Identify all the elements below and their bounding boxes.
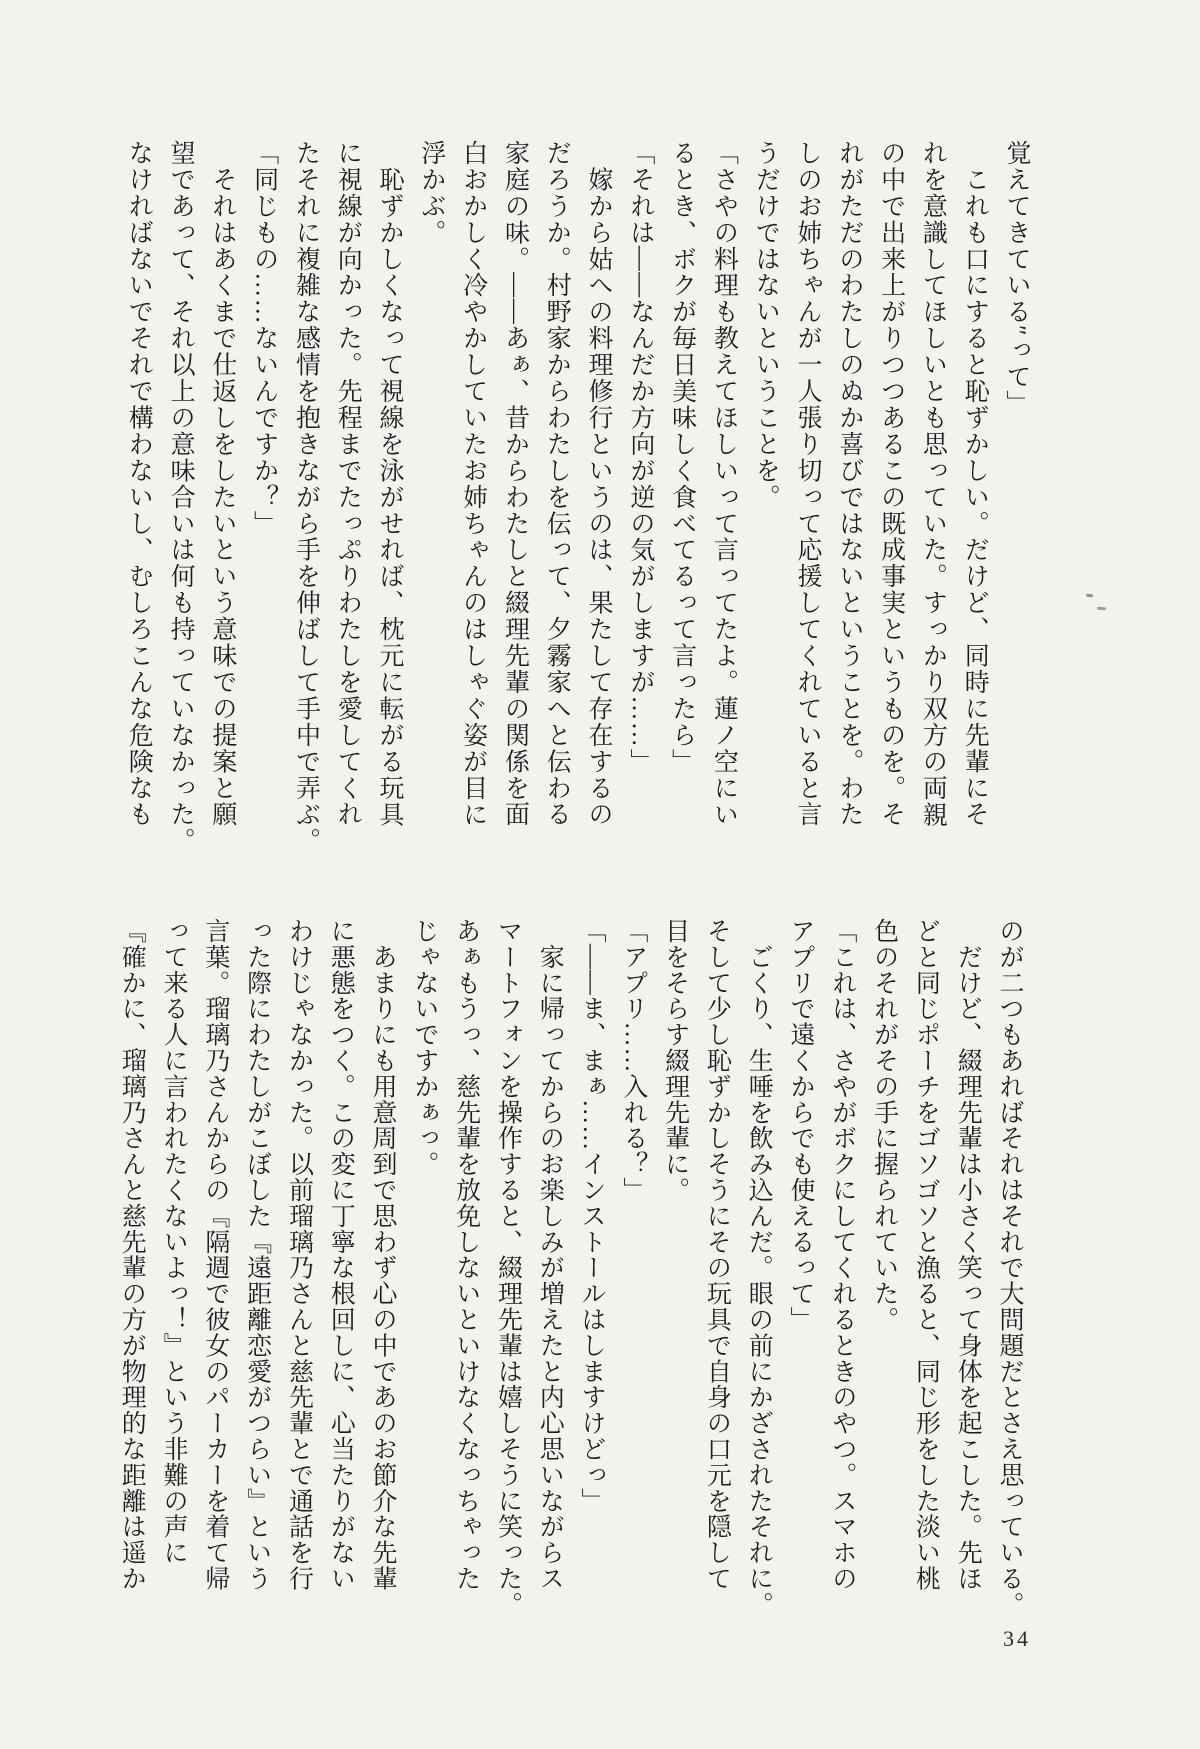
text-block-bottom: のが二つもあればそれはそれで大問題だとさえ思っている。 だけど、綴理先輩は小さく… (110, 918, 1030, 1591)
text-line: 白おかしく冷やかしていたお姉ちゃんのはしゃぐ姿が目に (452, 140, 494, 828)
text-line: 家庭の味。――あぁ、昔からわたしと綴理先輩の関係を面 (494, 140, 536, 828)
text-line: ごくり、生唾を飲み込んだ。眼の前にかざされたそれに。 (737, 918, 779, 1591)
text-line: マートフォンを操作すると、綴理先輩は嬉しそうに笑った。 (487, 918, 529, 1591)
text-line: 浮かぶ。 (410, 140, 452, 828)
text-line: 「同じもの……ないんですか？」 (243, 140, 285, 828)
text-line: たそれに複雑な感情を抱きながら手を伸ばして手中で弄ぶ。 (285, 140, 327, 828)
text-line: 「――ま、まぁ……インストールはしますけどっ」 (570, 918, 612, 1591)
text-line: 望であって、それ以上の意味合いは何も持っていなかった。 (159, 140, 201, 828)
text-line: 「それは――なんだか方向が逆の気がしますが……」 (619, 140, 661, 828)
text-line: 覚えてきている″って」 (995, 140, 1037, 828)
text-line: だけど、綴理先輩は小さく笑って身体を起こした。先ほ (946, 918, 988, 1591)
text-line: そして少し恥ずかしそうにその玩具で自身の口元を隠して (696, 918, 738, 1591)
text-line: のが二つもあればそれはそれで大問題だとさえ思っている。 (988, 918, 1030, 1591)
text-line: 「これは、さやがボクにしてくれるときのやつ。スマホの (821, 918, 863, 1591)
text-line: じゃないですかぁっ。 (403, 918, 445, 1591)
text-line: アプリで遠くからでも使えるって」 (779, 918, 821, 1591)
text-line: 恥ずかしくなって視線を泳がせれば、枕元に転がる玩具 (368, 140, 410, 828)
print-speck (1086, 594, 1093, 598)
text-line: なければないでそれで構わないし、むしろこんな危険なも (117, 140, 159, 828)
text-line: った際にわたしがこぼした『遠距離恋愛がつらい』という (236, 918, 278, 1591)
page-number: 34 (1003, 1626, 1031, 1652)
text-line: に悪態をつく。この変に丁寧な根回しに、心当たりがない (319, 918, 361, 1591)
text-line: 家に帰ってからのお楽しみが増えたと内心思いながらス (528, 918, 570, 1591)
text-line: れを意識してほしいとも思っていた。すっかり双方の両親 (912, 140, 954, 828)
text-line: どと同じポーチをゴソゴソと漁ると、同じ形をした淡い桃 (905, 918, 947, 1591)
text-line: の中で出来上がりつつあるこの既成事実というものを。そ (870, 140, 912, 828)
text-line: あぁもうっ、慈先輩を放免しないといけなくなっちゃった (445, 918, 487, 1591)
text-line: るとき、ボクが毎日美味しく食べてるって言ったら」 (661, 140, 703, 828)
text-line: だろうか。村野家からわたしを伝って、夕霧家へと伝わる (535, 140, 577, 828)
text-line: それはあくまで仕返しをしたいという意味での提案と願 (201, 140, 243, 828)
text-line: あまりにも用意周到で思わず心の中であのお節介な先輩 (361, 918, 403, 1591)
book-page-scan: 覚えてきている″って」 これも口にすると恥ずかしい。だけど、同時に先輩にそれを意… (0, 0, 1200, 1749)
text-line: うだけではないということを。 (744, 140, 786, 828)
text-line: 言葉。瑠璃乃さんからの『隔週で彼女のパーカーを着て帰 (194, 918, 236, 1591)
text-block-top: 覚えてきている″って」 これも口にすると恥ずかしい。だけど、同時に先輩にそれを意… (117, 140, 1037, 828)
print-speck (1097, 607, 1106, 611)
text-line: 色のそれがその手に握られていた。 (863, 918, 905, 1591)
text-line: これも口にすると恥ずかしい。だけど、同時に先輩にそ (953, 140, 995, 828)
text-line: に視線が向かった。先程までたっぷりわたしを愛してくれ (326, 140, 368, 828)
text-line: 『確かに、瑠璃乃さんと慈先輩の方が物理的な距離は遥か (110, 918, 152, 1591)
text-line: 目をそらす綴理先輩に。 (654, 918, 696, 1591)
text-line: って来る人に言われたくないよっ！』という非難の声に (152, 918, 194, 1591)
text-line: 「アプリ……入れる？」 (612, 918, 654, 1591)
text-line: わけじゃなかった。以前瑠璃乃さんと慈先輩とで通話を行 (278, 918, 320, 1591)
text-line: れがただのわたしのぬか喜びではないということを。わた (828, 140, 870, 828)
text-line: 嫁から姑への料理修行というのは、果たして存在するの (577, 140, 619, 828)
text-line: しのお姉ちゃんが一人張り切って応援してくれていると言 (786, 140, 828, 828)
text-line: 「さやの料理も教えてほしいって言ってたよ。蓮ノ空にい (703, 140, 745, 828)
